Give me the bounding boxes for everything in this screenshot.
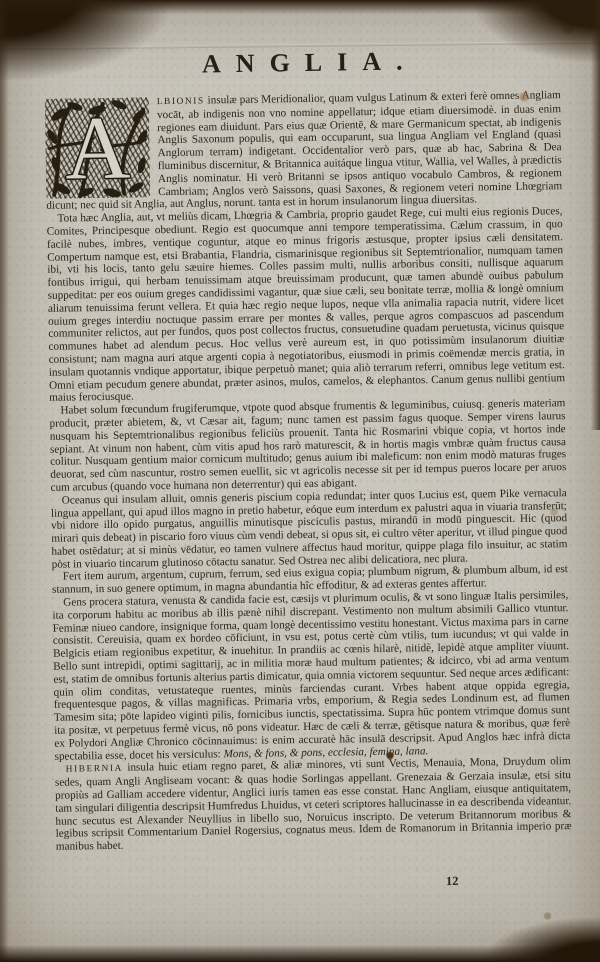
- printed-text-area: ANGLIA.: [44, 40, 572, 854]
- main-text-block: A LBIONIS insulæ pars Meridionalior, qua…: [45, 89, 572, 854]
- drop-cap-woodcut: A: [45, 97, 150, 199]
- paragraph-opener: LBIONIS: [157, 96, 205, 107]
- drop-cap-letter: A: [45, 97, 150, 199]
- page-edge-top: [0, 0, 600, 14]
- paragraph-gens-procera: Gens procera statura, venusta & candida …: [52, 589, 570, 763]
- paragraph-tota-anglia: Tota hæc Anglia, aut, vt meliùs dicam, L…: [46, 205, 565, 405]
- paragraph-text: Oceanus qui insulam alluit, omnis generi…: [51, 487, 568, 571]
- page-edge-bottom: [0, 945, 600, 962]
- paragraph-hibernia: HIBERNIA insula huic etiam regno paret, …: [55, 756, 572, 854]
- page-edge-right: [591, 0, 600, 430]
- page-number: 12: [446, 874, 459, 889]
- paragraph-habet-solum: Habet solum fœcundum frugiferumque, vtpo…: [49, 397, 566, 494]
- paragraph-text: Tota hæc Anglia, aut, vt meliùs dicam, L…: [47, 205, 565, 404]
- paragraph-text: Habet solum fœcundum frugiferumque, vtpo…: [50, 397, 567, 493]
- book-page: ANGLIA.: [0, 0, 600, 962]
- paragraph-albionis: A LBIONIS insulæ pars Meridionalior, qua…: [45, 89, 563, 213]
- book-photo: ANGLIA.: [0, 0, 600, 962]
- paragraph-text: Gens procera statura, venusta & candida …: [52, 589, 570, 762]
- paragraph-opener: HIBERNIA: [66, 764, 123, 775]
- paragraph-oceanus: Oceanus qui insulam alluit, omnis generi…: [51, 487, 568, 571]
- page-edge-left: [0, 0, 9, 962]
- paragraph-text: insula huic etiam regno paret, & aliæ mi…: [55, 756, 572, 853]
